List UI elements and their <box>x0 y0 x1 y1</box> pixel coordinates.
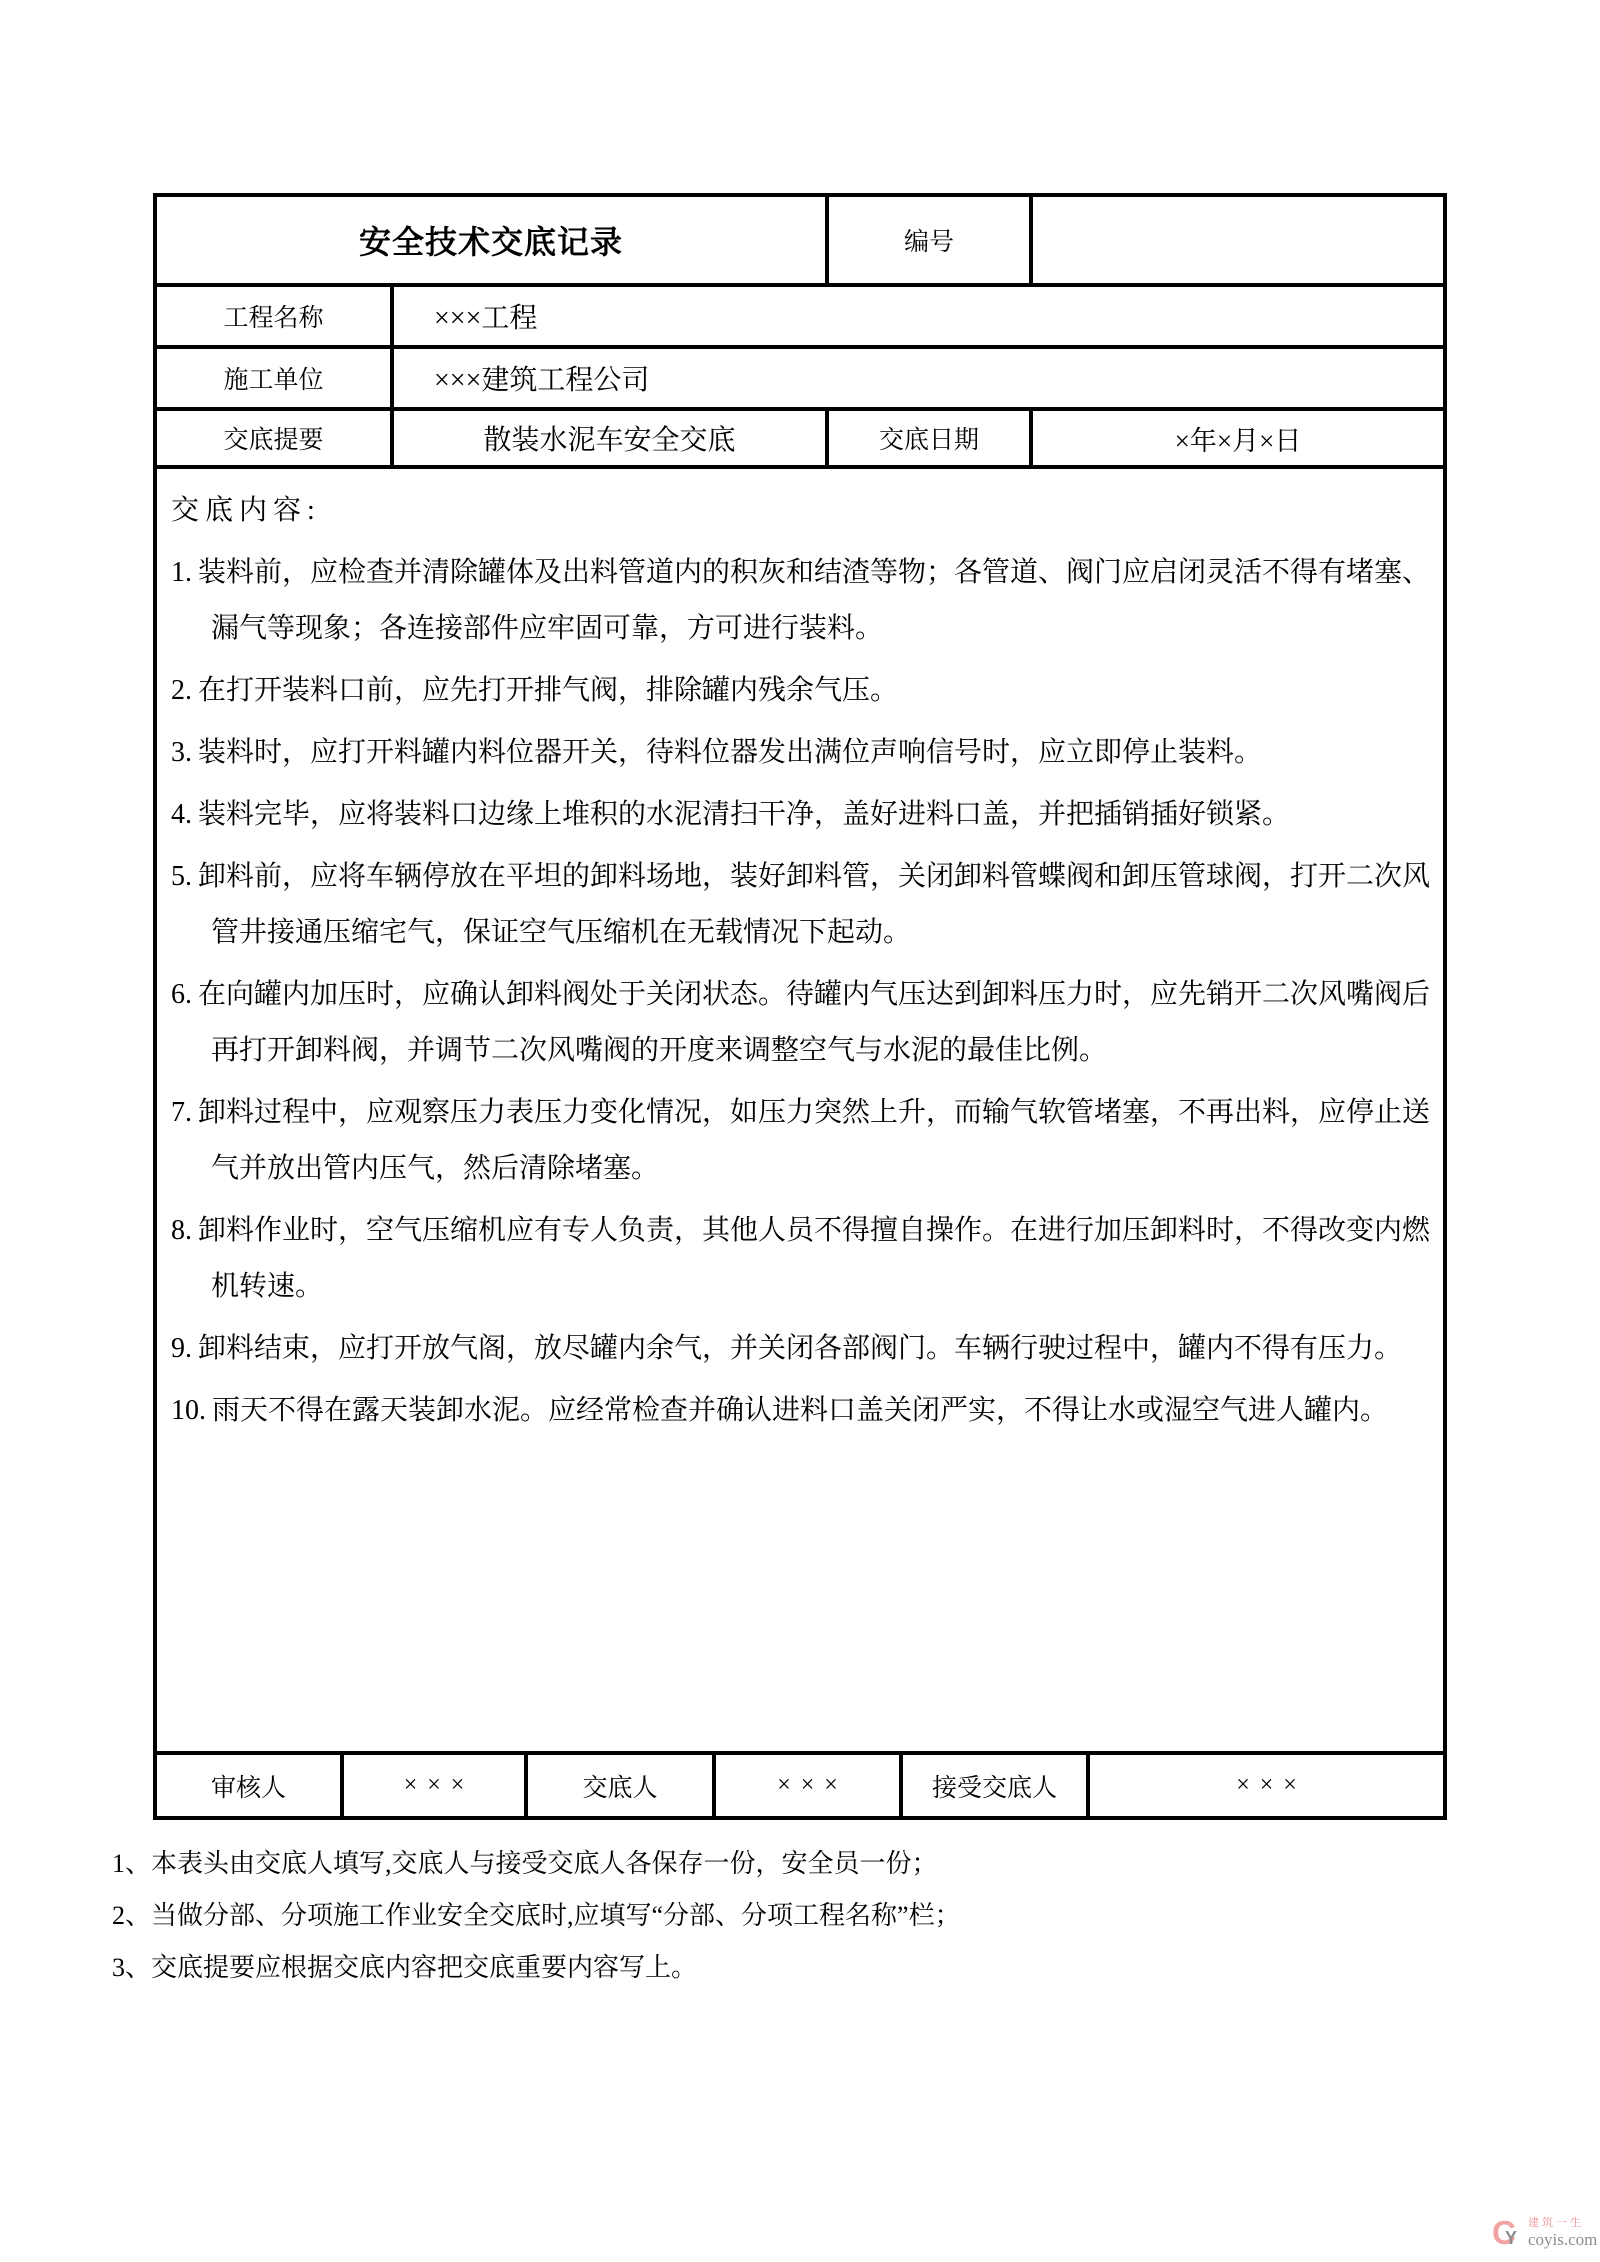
contractor-value: ×××建筑工程公司 <box>394 358 649 398</box>
discloser-label-cell: 交底人 <box>528 1755 716 1816</box>
signature-row: 审核人 ××× 交底人 ××× 接受交底人 ××× <box>157 1755 1443 1816</box>
item-text: 装料时，应打开料罐内料位器开关，待料位器发出满位声响信号时，应立即停止装料。 <box>198 737 1262 768</box>
item-text: 在打开装料口前，应先打开排气阀，排除罐内残余气压。 <box>198 675 898 706</box>
contractor-label: 施工单位 <box>223 360 323 396</box>
content-item-7: 7.卸料过程中，应观察压力表压力变化情况，如压力突然上升，而输气软管堵塞，不再出… <box>171 1085 1435 1197</box>
summary-value-cell: 散装水泥车安全交底 <box>394 411 829 465</box>
item-text: 卸料作业时，空气压缩机应有专人负责，其他人员不得擅自操作。在进行加压卸料时，不得… <box>198 1215 1430 1302</box>
content-item-3: 3.装料时，应打开料罐内料位器开关，待料位器发出满位声响信号时，应立即停止装料。 <box>171 725 1435 781</box>
footer-note-1: 1、本表头由交底人填写,交底人与接受交底人各保存一份，安全员一份； <box>112 1838 961 1890</box>
coyis-brand-cn: 建筑一生 <box>1528 2217 1597 2230</box>
receiver-value-cell: ××× <box>1090 1755 1443 1816</box>
discloser-value-cell: ××× <box>716 1755 903 1816</box>
summary-label-cell: 交底提要 <box>157 411 394 465</box>
item-text: 装料完毕，应将装料口边缘上堆积的水泥清扫干净，盖好进料口盖，并把插销插好锁紧。 <box>198 799 1290 830</box>
contractor-value-cell: ×××建筑工程公司 <box>394 349 1443 407</box>
item-text: 卸料过程中，应观察压力表压力变化情况，如压力突然上升，而输气软管堵塞，不再出料，… <box>198 1097 1430 1184</box>
reviewer-value-cell: ××× <box>344 1755 528 1816</box>
content-item-2: 2.在打开装料口前，应先打开排气阀，排除罐内残余气压。 <box>171 663 1435 719</box>
item-number: 8. <box>171 1215 192 1246</box>
item-text: 雨天不得在露天装卸水泥。应经常检查并确认进料口盖关闭严实，不得让水或湿空气进人罐… <box>212 1395 1388 1426</box>
summary-label: 交底提要 <box>223 420 323 456</box>
summary-row: 交底提要 散装水泥车安全交底 交底日期 ×年×月×日 <box>157 411 1443 469</box>
coyis-logo-y: Y <box>1505 2229 1517 2247</box>
receiver-label: 接受交底人 <box>932 1768 1057 1804</box>
date-value: ×年×月×日 <box>1175 419 1302 458</box>
reviewer-label: 审核人 <box>211 1768 286 1804</box>
item-text: 卸料结束，应打开放气阁，放尽罐内余气，并关闭各部阀门。车辆行驶过程中，罐内不得有… <box>198 1333 1402 1364</box>
project-label-cell: 工程名称 <box>157 287 394 345</box>
discloser-signature: ××× <box>767 1772 848 1799</box>
contractor-label-cell: 施工单位 <box>157 349 394 407</box>
content-row: 交底内容: 1.装料前，应检查并清除罐体及出料管道内的积灰和结渣等物；各管道、阀… <box>157 469 1443 1755</box>
content-item-9: 9.卸料结束，应打开放气阁，放尽罐内余气，并关闭各部阀门。车辆行驶过程中，罐内不… <box>171 1321 1435 1377</box>
form-title-cell: 安全技术交底记录 <box>157 197 829 283</box>
project-value-cell: ×××工程 <box>394 287 1443 345</box>
footer-note-2: 2、当做分部、分项施工作业安全交底时,应填写“分部、分项工程名称”栏； <box>112 1890 961 1942</box>
project-row: 工程名称 ×××工程 <box>157 287 1443 349</box>
date-label: 交底日期 <box>879 420 979 456</box>
reviewer-label-cell: 审核人 <box>157 1755 344 1816</box>
coyis-text-block: 建筑一生 coyis.com <box>1528 2217 1597 2250</box>
content-item-10: 10.雨天不得在露天装卸水泥。应经常检查并确认进料口盖关闭严实，不得让水或湿空气… <box>171 1383 1435 1439</box>
item-number: 7. <box>171 1097 192 1128</box>
item-number: 4. <box>171 799 192 830</box>
item-number: 9. <box>171 1333 192 1364</box>
item-text: 在向罐内加压时，应确认卸料阀处于关闭状态。待罐内气压达到卸料压力时，应先销开二次… <box>198 979 1430 1066</box>
item-text: 卸料前，应将车辆停放在平坦的卸料场地，装好卸料管，关闭卸料管蝶阀和卸压管球阀，打… <box>198 861 1430 948</box>
content-item-6: 6.在向罐内加压时，应确认卸料阀处于关闭状态。待罐内气压达到卸料压力时，应先销开… <box>171 967 1435 1079</box>
coyis-watermark: C Y 建筑一生 coyis.com <box>1492 2216 1596 2258</box>
safety-disclosure-form: 安全技术交底记录 编号 工程名称 ×××工程 施工单位 ×××建筑工程公司 交底… <box>153 193 1447 1820</box>
reviewer-signature: ××× <box>394 1772 475 1799</box>
content-heading: 交底内容: <box>171 483 1435 539</box>
discloser-label: 交底人 <box>582 1768 657 1804</box>
content-cell: 交底内容: 1.装料前，应检查并清除罐体及出料管道内的积灰和结渣等物；各管道、阀… <box>157 469 1443 1751</box>
content-item-1: 1.装料前，应检查并清除罐体及出料管道内的积灰和结渣等物；各管道、阀门应启闭灵活… <box>171 545 1435 657</box>
item-number: 1. <box>171 557 192 588</box>
item-number: 2. <box>171 675 192 706</box>
serial-label: 编号 <box>904 222 954 258</box>
item-number: 3. <box>171 737 192 768</box>
summary-value: 散装水泥车安全交底 <box>483 418 735 458</box>
receiver-label-cell: 接受交底人 <box>903 1755 1090 1816</box>
content-item-5: 5.卸料前，应将车辆停放在平坦的卸料场地，装好卸料管，关闭卸料管蝶阀和卸压管球阀… <box>171 849 1435 961</box>
project-label: 工程名称 <box>223 298 323 334</box>
date-label-cell: 交底日期 <box>829 411 1033 465</box>
serial-label-cell: 编号 <box>829 197 1033 283</box>
form-title: 安全技术交底记录 <box>359 217 623 263</box>
item-number: 6. <box>171 979 192 1010</box>
footer-note-3: 3、交底提要应根据交底内容把交底重要内容写上。 <box>112 1942 961 1994</box>
footer-notes: 1、本表头由交底人填写,交底人与接受交底人各保存一份，安全员一份； 2、当做分部… <box>112 1838 961 1994</box>
item-text: 装料前，应检查并清除罐体及出料管道内的积灰和结渣等物；各管道、阀门应启闭灵活不得… <box>198 557 1430 644</box>
item-number: 10. <box>171 1395 206 1426</box>
serial-value-cell <box>1033 197 1443 283</box>
coyis-domain: coyis.com <box>1528 2230 1597 2250</box>
title-row: 安全技术交底记录 编号 <box>157 197 1443 287</box>
project-value: ×××工程 <box>394 296 537 336</box>
content-item-8: 8.卸料作业时，空气压缩机应有专人负责，其他人员不得擅自操作。在进行加压卸料时，… <box>171 1203 1435 1315</box>
content-item-4: 4.装料完毕，应将装料口边缘上堆积的水泥清扫干净，盖好进料口盖，并把插销插好锁紧… <box>171 787 1435 843</box>
receiver-signature: ××× <box>1226 1772 1307 1799</box>
date-value-cell: ×年×月×日 <box>1033 411 1443 465</box>
item-number: 5. <box>171 861 192 892</box>
contractor-row: 施工单位 ×××建筑工程公司 <box>157 349 1443 411</box>
